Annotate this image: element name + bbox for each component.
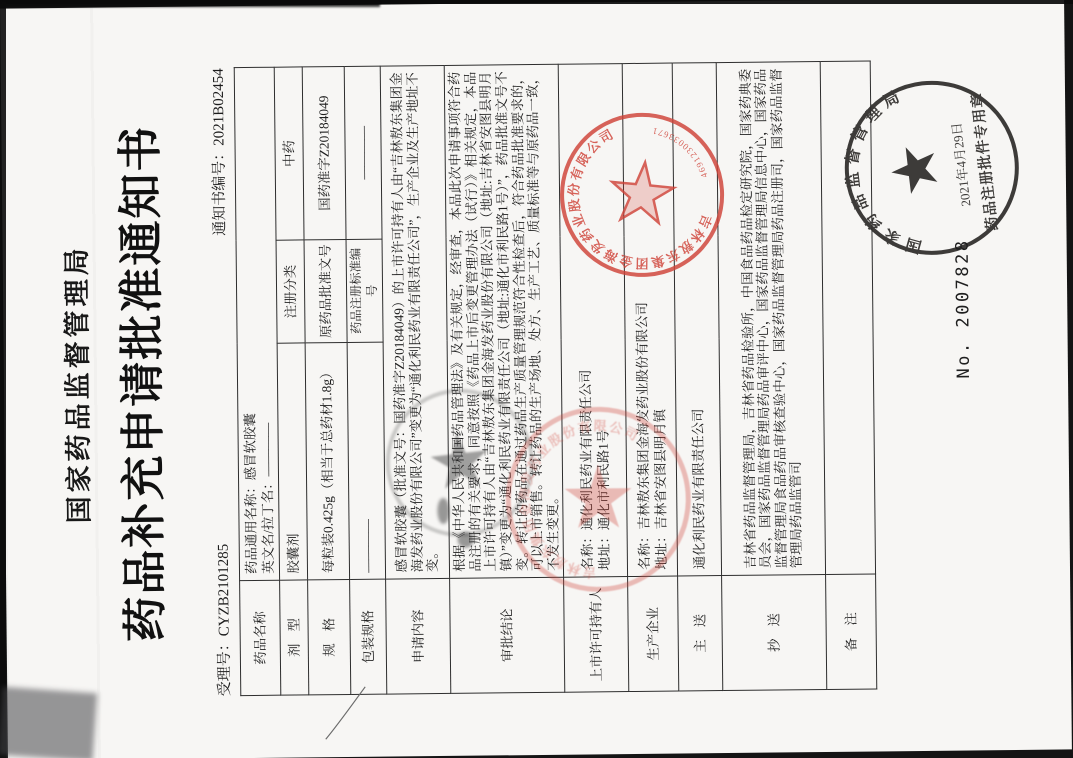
spec-value: 每粒装0.425g（相当于总药材1.8g） xyxy=(305,342,349,579)
notice-number: 通知书编号：2021B02454 xyxy=(207,68,230,236)
cc-text: 吉林省药品监督管理局，吉林省药品检验所，中国食品药品检定研究院，国家药典委员会，… xyxy=(717,61,826,575)
company-seal-star-icon xyxy=(597,155,682,240)
smudge-star-icon xyxy=(425,429,489,495)
table-row-conclusion: 审批结论 根据《中华人民共和国药品管理法》及有关规定，经审查，本品此次申请事项符… xyxy=(444,64,565,693)
ink-blot xyxy=(437,498,449,524)
drug-name-label: 药品名称 xyxy=(240,580,281,695)
package-spec-label: 包装规格 xyxy=(350,579,387,694)
orig-approval-no-label: 原药品批准文号 xyxy=(304,239,347,342)
document-title: 药品补充申请批准通知书 xyxy=(102,7,175,758)
scan-corner-shadow xyxy=(0,687,97,758)
dosage-form-value: 胶囊剂 xyxy=(277,343,307,580)
orig-approval-no-value: 国药准字Z20184049 xyxy=(302,66,346,239)
nmpa-registration-seal: 国家药品监督管理局 2021年4月29日 药品注册批件专用章 xyxy=(827,63,1038,274)
drug-name-value: 药品通用名称：感冒软胶囊 英文名/拉丁名：———— xyxy=(234,67,279,580)
remarks-label: 备注 xyxy=(826,574,877,690)
nmpa-seal-date: 2021年4月29日 xyxy=(949,122,974,208)
reg-standard-no-label: 药品注册标准编号 xyxy=(346,239,383,342)
meta-row: 受理号：CYZB2101285 通知书编号：2021B02454 xyxy=(207,68,235,696)
registration-class-label: 注册分类 xyxy=(276,240,305,343)
spec-label: 规格 xyxy=(308,579,351,694)
conclusion-label: 审批结论 xyxy=(450,577,565,693)
faint-seal-star-icon xyxy=(555,457,635,540)
cc-label: 抄送 xyxy=(722,574,827,690)
reg-standard-no-value: ———— xyxy=(344,66,382,239)
registration-class-value: 中药 xyxy=(274,67,304,240)
scanner-edge-top-left xyxy=(0,0,380,7)
approval-table: 药品名称 药品通用名称：感冒软胶囊 英文名/拉丁名：———— 剂型 胶囊剂 注册… xyxy=(234,60,878,696)
notice-page: 国家药品监督管理局 药品补充申请批准通知书 受理号：CYZB2101285 通知… xyxy=(0,0,1072,758)
smudged-black-seal xyxy=(366,369,554,557)
table-row-cc: 抄送 吉林省药品监督管理局，吉林省药品检验所，中国食品药品检定研究院，国家药典委… xyxy=(717,61,828,690)
issuing-agency: 国家药品监督管理局 xyxy=(52,8,99,758)
scanner-edge-left xyxy=(0,0,6,758)
table-row-spec: 规格 每粒装0.425g（相当于总药材1.8g） 原药品批准文号 国药准字Z20… xyxy=(302,66,351,694)
acceptance-number: 受理号：CYZB2101285 xyxy=(212,544,235,697)
nmpa-seal-star-icon xyxy=(889,144,939,196)
main-recipient-label: 主送 xyxy=(678,576,723,691)
dosage-form-label: 剂型 xyxy=(280,580,309,695)
scanned-document-viewport: 国家药品监督管理局 药品补充申请批准通知书 受理号：CYZB2101285 通知… xyxy=(0,0,1073,758)
application-label: 申请内容 xyxy=(386,578,451,694)
ink-blot xyxy=(458,532,474,548)
table-row-drug-name: 药品名称 药品通用名称：感冒软胶囊 英文名/拉丁名：———— xyxy=(234,67,281,695)
approval-serial-number: No. 2007828 xyxy=(953,238,974,378)
